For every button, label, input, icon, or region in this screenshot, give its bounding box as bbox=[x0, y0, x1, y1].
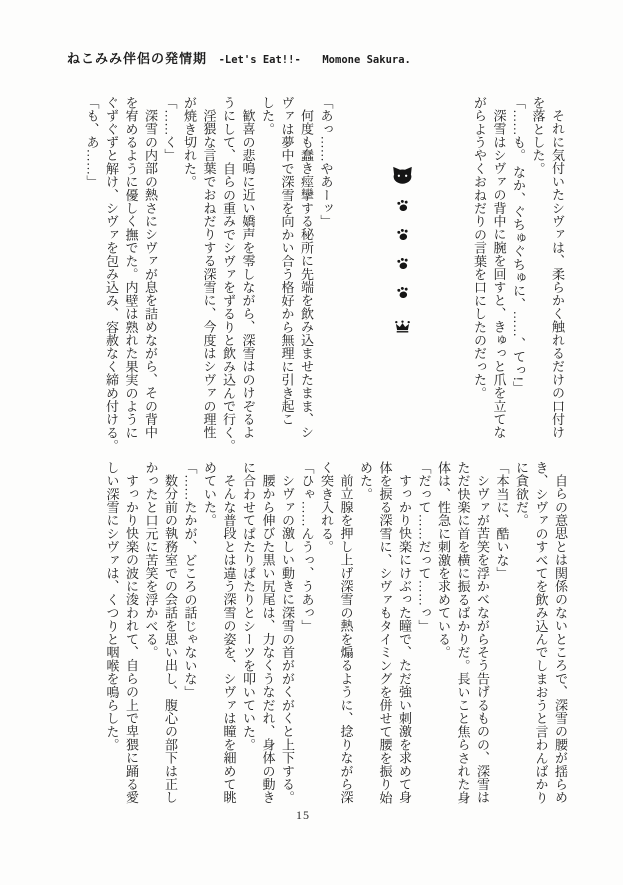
text-line: ただ快楽に首を横に振るばかりだ。長いこと焦らされた身 bbox=[453, 461, 473, 823]
book-title: ねこみみ伴侶の発情期 bbox=[67, 52, 207, 67]
text-line: 「……く」 bbox=[160, 96, 180, 454]
text-line: 歓喜の悲鳴に近い嬌声を零しながら、深雪はのけぞるよ bbox=[238, 96, 258, 454]
text-line: を落とした。 bbox=[528, 96, 548, 454]
scene-divider bbox=[392, 96, 414, 454]
text-line: 「ひゃ……んうっ、うあっ」 bbox=[297, 461, 317, 823]
text-line: 前立腺を押し上げ深雪の熱を煽るように、捻りながら深 bbox=[336, 461, 356, 823]
text-line: 何度も蠢き痙攣する秘所に先端を飲み込ませたまま、シ bbox=[297, 96, 317, 454]
text-line: が焼き切れた。 bbox=[180, 96, 200, 454]
text-line: 腰から伸びた黒い尻尾は、力なくうなだれ、身体の動き bbox=[258, 461, 278, 823]
text-line: しい深雪にシヴァは、くつりと咽喉を鳴らした。 bbox=[102, 461, 122, 823]
text-line: 体を捩る深雪に、シヴァもタイミングを併せて腰を振り始 bbox=[375, 461, 395, 823]
text-line: 数分前の執務室での会話を思い出し、腹心の部下は正し bbox=[161, 461, 181, 823]
book-page: ねこみみ伴侶の発情期 -Let's Eat!!- Momone Sakura. … bbox=[0, 0, 623, 885]
text-line: かったと口元に苦笑を浮かべる。 bbox=[141, 461, 161, 823]
page-number: 15 bbox=[296, 808, 310, 823]
book-subtitle: -Let's Eat!!- bbox=[219, 54, 301, 66]
text-line: めた。 bbox=[356, 461, 376, 823]
page-header: ねこみみ伴侶の発情期 -Let's Eat!!- Momone Sakura. bbox=[67, 48, 411, 67]
text-line: 深雪の内部の熱さにシヴァが息を詰めながら、その背中 bbox=[141, 96, 161, 454]
text-line: 「……も。 なか、ぐちゅぐちゅに、……、てっ!」 bbox=[509, 96, 529, 454]
text-line: 深雪はシヴァの背中に腕を回すと、きゅっと爪を立てな bbox=[489, 96, 509, 454]
text-line: 「あっ……やあーッ」 bbox=[316, 96, 336, 454]
text-line: めていた。 bbox=[200, 461, 220, 823]
paw-print-icon bbox=[396, 257, 410, 271]
text-line: 体は、性急に刺激を求めている。 bbox=[434, 461, 454, 823]
author-name: Momone Sakura. bbox=[322, 54, 411, 66]
text-line: それに気付いたシヴァは、柔らかく触れるだけの口付け bbox=[548, 96, 568, 454]
text-line: シヴァが苦笑を浮かべながらそう告げるものの、深雪は bbox=[473, 461, 493, 823]
paw-print-icon bbox=[396, 228, 410, 242]
text-line: に貪欲だ。 bbox=[512, 461, 532, 823]
text-line: を宥めるように優しく撫でた。内壁は熟れた果実のように bbox=[121, 96, 141, 454]
text-line: 「だって……だって……っ」 bbox=[414, 461, 434, 823]
text-line: 「……たかが、どころの話じゃないな」 bbox=[180, 461, 200, 823]
paw-print-icon bbox=[396, 286, 410, 300]
text-line: く突き入れる。 bbox=[317, 461, 337, 823]
crown-icon bbox=[394, 320, 411, 334]
text-line: ぐずぐずと解け、シヴァを包み込み、容赦なく締め付ける。 bbox=[102, 96, 122, 454]
text-line: がらようやくおねだりの言葉を口にしたのだった。 bbox=[470, 96, 490, 454]
text-line: シヴァの激しい動きに深雪の首ががくがくと上下する。 bbox=[278, 461, 298, 823]
text-line: した。 bbox=[258, 96, 278, 454]
text-line: ヴァは夢中で深雪を向かい合う格好から無理に引き起こ bbox=[277, 96, 297, 454]
text-line: 「も、あ……」 bbox=[82, 96, 102, 454]
cat-face-icon bbox=[392, 166, 413, 184]
text-line: き、シヴァのすべてを飲み込んでしまおうと言わんばかり bbox=[531, 461, 551, 823]
text-line: すっかり快楽にけぶった瞳で、ただ強い刺激を求めて身 bbox=[395, 461, 415, 823]
top-text-block: それに気付いたシヴァは、柔らかく触れるだけの口付けを落とした。「……も。 なか、… bbox=[82, 96, 567, 454]
paw-print-icon bbox=[396, 199, 410, 213]
text-line: に合わせてぱたりぱたりとシーツを叩いていた。 bbox=[239, 461, 259, 823]
text-line: 「本当に、酷いな」 bbox=[492, 461, 512, 823]
text-line: うにして、自らの重みでシヴァをずるりと飲み込んで行く。 bbox=[219, 96, 239, 454]
text-line: すっかり快楽の波に浚われて、自らの上で卑猥に踊る愛 bbox=[122, 461, 142, 823]
bottom-text-block: 自らの意思とは関係のないところで、深雪の腰が揺らめき、シヴァのすべてを飲み込んで… bbox=[102, 461, 570, 823]
text-line: 淫猥な言葉でおねだりする深雪に、今度はシヴァの理性 bbox=[199, 96, 219, 454]
text-line: 自らの意思とは関係のないところで、深雪の腰が揺らめ bbox=[551, 461, 571, 823]
text-line: そんな普段とは違う深雪の姿を、シヴァは瞳を細めて眺 bbox=[219, 461, 239, 823]
